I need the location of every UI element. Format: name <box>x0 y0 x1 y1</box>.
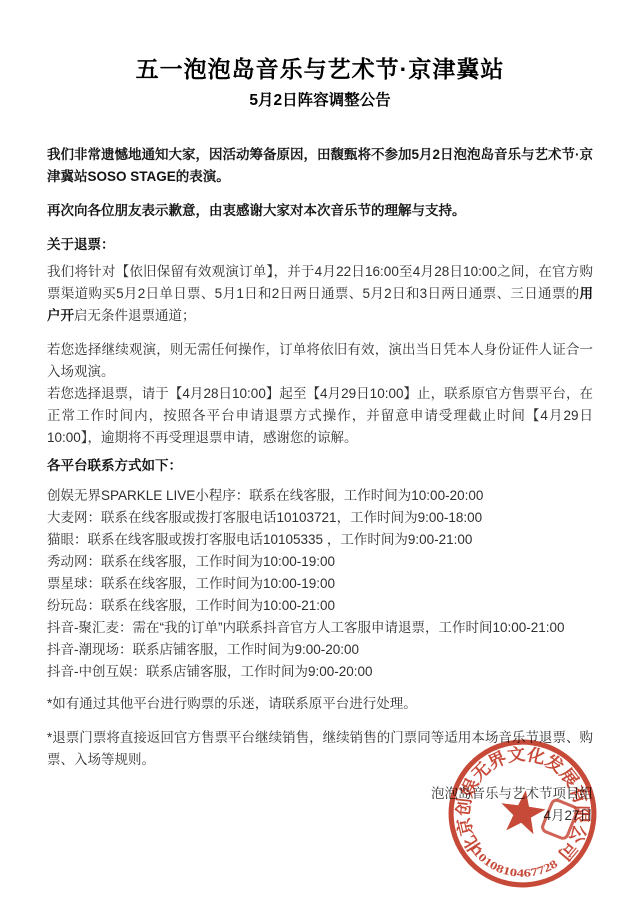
other-platform-note: *如有通过其他平台进行购票的乐迷，请联系原平台进行处理。 <box>47 693 593 715</box>
announcement-page: 五一泡泡岛音乐与艺术节·京津冀站 5月2日阵容调整公告 我们非常遗憾地通知大家，… <box>0 0 640 905</box>
page-title: 五一泡泡岛音乐与艺术节·京津冀站 <box>47 56 593 82</box>
platform-contact-item: 抖音-中创互娱：联系店铺客服，工作时间为9:00-20:00 <box>47 661 593 683</box>
platform-contact-item: 创娱无界SPARKLE LIVE小程序：联系在线客服，工作时间为10:00-20… <box>47 485 593 507</box>
contacts-section-heading: 各平台联系方式如下： <box>47 455 593 477</box>
announcement-body: 我们非常遗憾地通知大家，因活动筹备原因，田馥甄将不参加5月2日泡泡岛音乐与艺术节… <box>47 144 593 771</box>
platform-contact-item: 抖音-聚汇麦：需在“我的订单”内联系抖音官方人工客服申请退票，工作时间10:00… <box>47 617 593 639</box>
refund-window-text-pre: 我们将针对【依旧保留有效观演订单】，并于4月22日16:00至4月28日10:0… <box>47 264 593 301</box>
signature-org: 泡泡岛音乐与艺术节项目组 <box>431 783 593 805</box>
platform-contact-item: 抖音-潮现场：联系店铺客服，工作时间为9:00-20:00 <box>47 639 593 661</box>
platform-contact-item: 猫眼：联系在线客服或拨打客服电话10105335 ，工作时间为9:00-21:0… <box>47 529 593 551</box>
signature-date: 4月27日 <box>431 805 593 827</box>
refund-window-text-post: 启无条件退票通道； <box>74 308 196 323</box>
page-subtitle: 5月2日阵容调整公告 <box>47 92 593 110</box>
resale-rules-note: *退票门票将直接返回官方售票平台继续销售，继续销售的门票同等适用本场音乐节退票、… <box>47 727 593 771</box>
refund-window-paragraph: 我们将针对【依旧保留有效观演订单】，并于4月22日16:00至4月28日10:0… <box>47 261 593 327</box>
refund-section-heading: 关于退票： <box>47 234 593 256</box>
signature-block: 泡泡岛音乐与艺术节项目组 4月27日 <box>431 783 593 827</box>
keep-ticket-paragraph: 若您选择继续观演，则无需任何操作，订单将依旧有效，演出当日凭本人身份证件人证合一… <box>47 339 593 383</box>
platform-contact-item: 票星球：联系在线客服，工作时间为10:00-19:00 <box>47 573 593 595</box>
platform-contact-item: 秀动网：联系在线客服，工作时间为10:00-19:00 <box>47 551 593 573</box>
platform-contact-list: 创娱无界SPARKLE LIVE小程序：联系在线客服，工作时间为10:00-20… <box>47 485 593 683</box>
intro-paragraph: 我们非常遗憾地通知大家，因活动筹备原因，田馥甄将不参加5月2日泡泡岛音乐与艺术节… <box>47 144 593 188</box>
seal-number-text: 11010810467728 <box>463 841 562 886</box>
refund-deadline-paragraph: 若您选择退票，请于【4月28日10:00】起至【4月29日10:00】止，联系原… <box>47 383 593 449</box>
platform-contact-item: 纷玩岛：联系在线客服，工作时间为10:00-21:00 <box>47 595 593 617</box>
apology-paragraph: 再次向各位朋友表示歉意，由衷感谢大家对本次音乐节的理解与支持。 <box>47 200 593 222</box>
platform-contact-item: 大麦网：联系在线客服或拨打客服电话10103721，工作时间为9:00-18:0… <box>47 507 593 529</box>
